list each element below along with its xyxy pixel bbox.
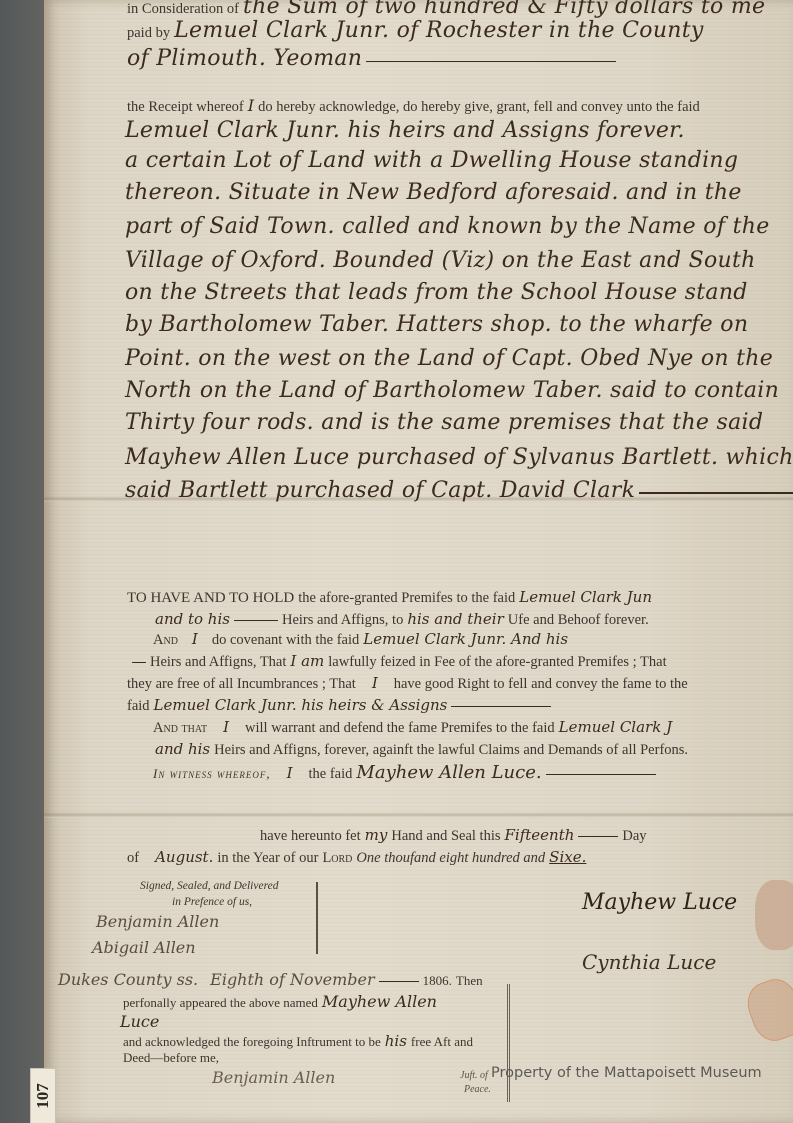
printed-text: faid (127, 698, 150, 714)
wax-seal-stain (755, 880, 793, 950)
catalog-number-label: 107 (30, 1068, 56, 1123)
testimonium-line-1: have hereunto fet my Hand and Seal this … (260, 826, 647, 845)
printed-text: And (153, 632, 178, 648)
handwritten-fill: his and their (407, 610, 503, 628)
date-handwritten: Eighth of November (210, 970, 374, 989)
description-line: Thirty four rods. and is the same premis… (125, 410, 763, 435)
grantor-fill-continued: Luce (120, 1012, 159, 1031)
description-line: Lemuel Clark Junr. his heirs and Assigns… (125, 118, 685, 143)
fill-rule (366, 61, 616, 62)
description-line: part of Said Town. called and known by t… (125, 214, 770, 239)
habendum-line-5: they are free of all Incumbrances ; That… (127, 674, 688, 693)
printed-text: Day (622, 828, 646, 844)
fill-rule (451, 706, 551, 707)
grantee-handwritten: Lemuel Clark Junr. of Rochester in the C… (174, 18, 704, 43)
pronoun-fill: I (287, 764, 293, 782)
printed-text: in the Year of our (217, 850, 318, 866)
fill-rule (234, 620, 278, 621)
witness-signature: Benjamin Allen (96, 912, 219, 931)
habendum-line-8: and his Heirs and Affigns, forever, agai… (155, 740, 688, 759)
acknowledgment-line-2: perfonally appeared the above named Mayh… (123, 992, 437, 1012)
catalog-number: 107 (33, 1083, 53, 1109)
description-line: a certain Lot of Land with a Dwelling Ho… (125, 148, 738, 173)
fold-crease-2 (44, 812, 793, 818)
acknowledgment-border (507, 984, 510, 1102)
residence-line: of Plimouth. Yeoman (127, 46, 616, 71)
description-line: thereon. Situate in New Bedford aforesai… (125, 180, 742, 205)
grantor-fill: Mayhew Allen (322, 992, 437, 1011)
consideration-amount-handwritten: the Sum of two hundred & Fifty dollars t… (243, 0, 765, 19)
printed-text: perfonally appeared the above named (123, 995, 318, 1010)
receipt-printed-a: the Receipt whereof (127, 99, 244, 115)
printed-text: have hereunto fet (260, 828, 361, 844)
handwritten-fill: and to his (155, 610, 230, 628)
county-handwritten: Dukes County ss. (58, 970, 198, 989)
description-line: Point. on the west on the Land of Capt. … (125, 346, 773, 371)
in-witness-line: In witness whereof, I the faid Mayhew Al… (153, 762, 656, 783)
printed-text: Heirs and Affigns, to (282, 612, 403, 628)
description-line: Mayhew Allen Luce purchased of Sylvanus … (125, 445, 793, 470)
printed-text: Hand and Seal this (391, 828, 500, 844)
deed-before-me: Deed—before me, (123, 1050, 219, 1066)
printed-text: free Aft and (411, 1034, 473, 1049)
description-last-line: said Bartlett purchased of Capt. David C… (125, 478, 793, 503)
justice-title: Peace. (464, 1084, 491, 1095)
justice-title: Juft. of (460, 1070, 488, 1081)
handwritten-fill: and his (155, 740, 210, 758)
habendum-line-2: and to his Heirs and Affigns, to his and… (155, 610, 649, 629)
pronoun-fill: I (223, 718, 229, 736)
printed-text: of (127, 850, 139, 866)
habendum-line-3: And I do covenant with the faid Lemuel C… (153, 630, 568, 649)
grantee-fill: Lemuel Clark Junr. And his (363, 630, 568, 648)
description-line: North on the Land of Bartholomew Taber. … (125, 378, 779, 403)
grantor-signature: Mayhew Luce (582, 890, 737, 915)
fill-rule (546, 774, 656, 775)
pronoun-fill: I (372, 674, 378, 692)
printed-text: Heirs and Affigns, That (150, 654, 286, 670)
witness-signature: Abigail Allen (92, 938, 196, 957)
fill-rule (578, 836, 618, 837)
museum-watermark: Property of the Mattapoisett Museum (491, 1065, 762, 1081)
printed-text: the afore-granted Premifes to the faid (298, 590, 515, 606)
printed-text: have good Right to fell and convey the f… (394, 676, 688, 692)
consideration-line: in Consideration of the Sum of two hundr… (127, 0, 765, 19)
description-line: Village of Oxford. Bounded (Viz) on the … (125, 248, 756, 273)
printed-text: lawfully feized in Fee of the afore-gran… (328, 654, 666, 670)
justice-signature: Benjamin Allen (212, 1068, 335, 1087)
witness-heading: in Prefence of us, (172, 896, 252, 908)
receipt-line: the Receipt whereof I do hereby acknowle… (127, 96, 700, 116)
description-line: said Bartlett purchased of Capt. David C… (125, 478, 635, 503)
grantee-fill: Lemuel Clark J (559, 718, 672, 736)
printed-text: will warrant and defend the fame Premife… (245, 720, 555, 736)
testimonium-line-2: of August. in the Year of our Lord One t… (127, 848, 586, 867)
grantee-fill: Lemuel Clark Jun (519, 588, 652, 606)
printed-text: they are free of all Incumbrances ; That (127, 676, 356, 692)
acknowledgment-line-1: Dukes County ss. Eighth of November 1806… (58, 970, 483, 990)
printed-text: do covenant with the faid (212, 632, 359, 648)
printed-text: Ufe and Behoof forever. (508, 612, 649, 628)
year-fill: Sixe. (549, 848, 586, 866)
grantor-fill: Mayhew Allen Luce. (356, 762, 541, 783)
in-witness-lead: In witness whereof, (153, 766, 271, 781)
pronoun-fill: I (192, 630, 198, 648)
habendum-line-4: Heirs and Affigns, That I am lawfully fe… (132, 652, 667, 671)
handwritten-fill: I am (290, 652, 324, 670)
ack-year: 1806. (423, 973, 452, 988)
witness-bracket (316, 882, 318, 954)
paid-by-line: paid by Lemuel Clark Junr. of Rochester … (127, 18, 704, 43)
receipt-printed-b: do hereby acknowledge, do hereby give, g… (258, 99, 700, 115)
description-line: on the Streets that leads from the Schoo… (125, 280, 748, 305)
acknowledgment-line-4: and acknowledged the foregoing Inftrumen… (123, 1032, 473, 1051)
handwritten-fill: his (385, 1032, 407, 1050)
habendum-line-7: And that I will warrant and defend the f… (153, 718, 672, 737)
habendum-line-1: TO HAVE AND TO HOLD the afore-granted Pr… (127, 588, 652, 607)
printed-year-text: One thoufand eight hundred and (356, 850, 545, 866)
habendum-line-6: faid Lemuel Clark Junr. his heirs & Assi… (127, 696, 551, 715)
printed-text: Lord (322, 850, 352, 866)
printed-text: Heirs and Affigns, forever, againft the … (214, 742, 688, 758)
consideration-prefix: in Consideration of (127, 1, 239, 17)
printed-text: And that (153, 720, 207, 736)
witness-heading: Signed, Sealed, and Delivered (140, 880, 279, 892)
grantee-fill: Lemuel Clark Junr. his heirs & Assigns (154, 696, 448, 714)
fill-rule (379, 981, 419, 982)
paid-by-label: paid by (127, 25, 170, 41)
printed-text: Then (456, 973, 483, 988)
printed-text: the faid (309, 766, 353, 782)
fill-rule (132, 662, 146, 663)
residence-handwritten: of Plimouth. Yeoman (127, 46, 362, 71)
fill-rule (639, 492, 793, 494)
grantor-signature: Cynthia Luce (582, 950, 716, 974)
habendum-lead: TO HAVE AND TO HOLD (127, 590, 294, 606)
handwritten-fill: my (365, 826, 388, 844)
printed-text: and acknowledged the foregoing Inftrumen… (123, 1034, 381, 1049)
description-line: by Bartholomew Taber. Hatters shop. to t… (125, 312, 748, 337)
month-fill: August. (155, 848, 213, 866)
day-fill: Fifteenth (505, 826, 575, 844)
receipt-pronoun: I (248, 96, 254, 115)
